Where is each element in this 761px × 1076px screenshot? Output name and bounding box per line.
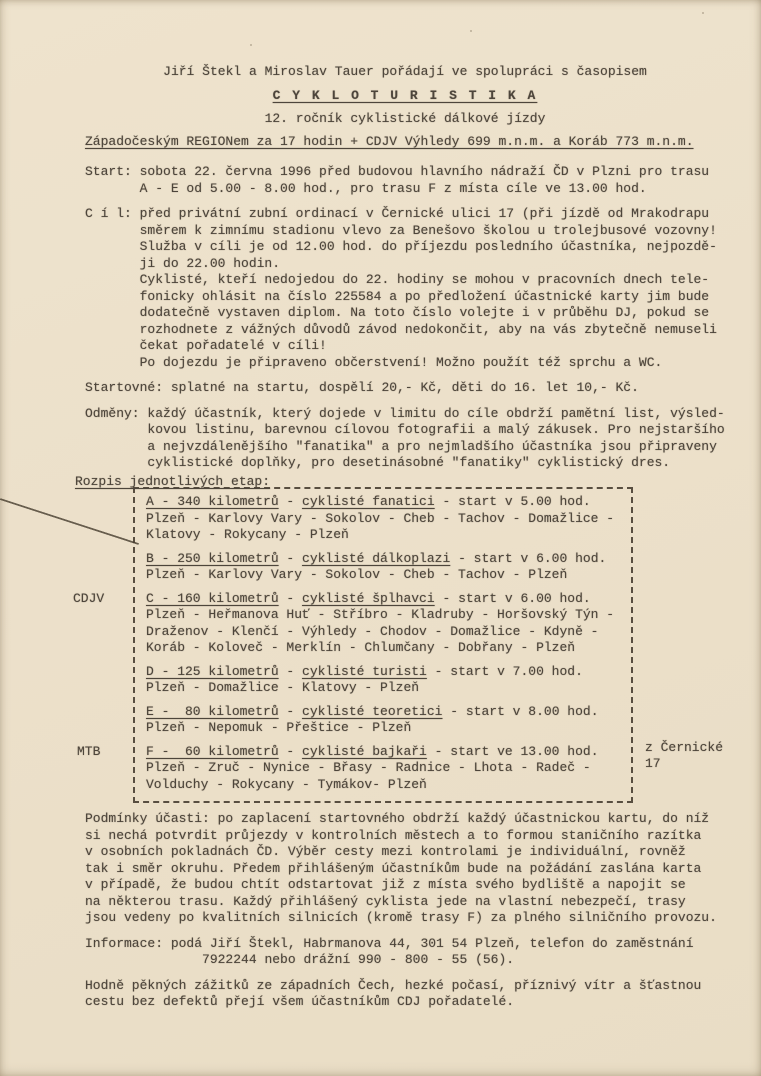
paragraph-odmeny: Odměny: každý účastník, který dojede v l… bbox=[85, 406, 725, 472]
paragraph-cil: C í l: před privátní zubní ordinací v Če… bbox=[85, 206, 725, 371]
stage-row-d: D - 125 kilometrů - cyklisté turisti - s… bbox=[146, 664, 625, 697]
separator: - bbox=[450, 551, 473, 566]
separator: - bbox=[279, 664, 302, 679]
organizers-line: Jiří Štekl a Miroslav Tauer pořádají ve … bbox=[85, 64, 725, 81]
stage-route: Plzeň - Heřmanova Huť - Stříbro - Kladru… bbox=[146, 607, 625, 657]
stage-row-a: A - 340 kilometrů - cyklisté fanatici - … bbox=[146, 494, 625, 544]
stage-rider-type: cyklisté bajkaři bbox=[302, 744, 427, 759]
separator: - bbox=[279, 744, 302, 759]
stage-distance: C - 160 kilometrů bbox=[146, 591, 279, 606]
separator: - bbox=[279, 704, 302, 719]
title-row: C Y K L O T U R I S T I K A bbox=[85, 88, 725, 105]
stage-start-time: start v 6.00 hod. bbox=[474, 551, 607, 566]
stage-row-c: C - 160 kilometrů - cyklisté šplhavci - … bbox=[146, 591, 625, 657]
stage-route: Plzeň - Karlovy Vary - Sokolov - Cheb - … bbox=[146, 567, 625, 584]
tagline-row: Západočeským REGIONem za 17 hodin + CDJV… bbox=[85, 134, 725, 151]
side-label-cdjv: CDJV bbox=[73, 591, 104, 608]
stage-header: A - 340 kilometrů - cyklisté fanatici - … bbox=[146, 494, 625, 511]
separator: - bbox=[435, 494, 458, 509]
paper-speck bbox=[470, 30, 472, 32]
paragraph-informace: Informace: podá Jiří Štekl, Habrmanova 4… bbox=[85, 936, 725, 969]
stage-header: E - 80 kilometrů - cyklisté teoretici - … bbox=[146, 704, 625, 721]
stage-rider-type: cyklisté teoretici bbox=[302, 704, 442, 719]
stage-rider-type: cyklisté turisti bbox=[302, 664, 427, 679]
separator: - bbox=[427, 744, 450, 759]
stage-schedule: Rozpis jednotlivých etap: CDJV MTB z Čer… bbox=[85, 474, 725, 804]
separator: - bbox=[279, 591, 302, 606]
rozpis-label: Rozpis jednotlivých etap: bbox=[75, 474, 270, 489]
stage-row-b: B - 250 kilometrů - cyklisté dálkoplazi … bbox=[146, 551, 625, 584]
stage-distance: E - 80 kilometrů bbox=[146, 704, 279, 719]
tagline: Západočeským REGIONem za 17 hodin + CDJV… bbox=[85, 134, 694, 149]
separator: - bbox=[442, 704, 465, 719]
stage-rider-type: cyklisté dálkoplazi bbox=[302, 551, 450, 566]
stage-start-time: start v 5.00 hod. bbox=[458, 494, 591, 509]
separator: - bbox=[279, 494, 302, 509]
stage-distance: F - 60 kilometrů bbox=[146, 744, 279, 759]
scanned-flyer-page: Jiří Štekl a Miroslav Tauer pořádají ve … bbox=[0, 0, 761, 1076]
separator: - bbox=[279, 551, 302, 566]
page-title: C Y K L O T U R I S T I K A bbox=[273, 88, 538, 103]
paragraph-start: Start: sobota 22. června 1996 před budov… bbox=[85, 164, 725, 197]
stage-route: Plzeň - Domažlice - Klatovy - Plzeň bbox=[146, 680, 625, 697]
paragraph-startovne: Startovné: splatné na startu, dospělí 20… bbox=[85, 380, 725, 397]
side-label-start-location: z Černické 17 bbox=[645, 740, 725, 773]
stage-distance: A - 340 kilometrů bbox=[146, 494, 279, 509]
paper-speck bbox=[250, 44, 252, 46]
stage-header: C - 160 kilometrů - cyklisté šplhavci - … bbox=[146, 591, 625, 608]
stage-route: Plzeň - Zruč - Nynice - Břasy - Radnice … bbox=[146, 760, 625, 793]
stage-start-time: start v 7.00 hod. bbox=[450, 664, 583, 679]
stage-header: B - 250 kilometrů - cyklisté dálkoplazi … bbox=[146, 551, 625, 568]
stage-header: F - 60 kilometrů - cyklisté bajkaři - st… bbox=[146, 744, 625, 761]
side-label-mtb: MTB bbox=[77, 744, 100, 761]
stage-distance: B - 250 kilometrů bbox=[146, 551, 279, 566]
paragraph-closing: Hodně pěkných zážitků ze západních Čech,… bbox=[85, 978, 725, 1011]
stage-distance: D - 125 kilometrů bbox=[146, 664, 279, 679]
stage-row-e: E - 80 kilometrů - cyklisté teoretici - … bbox=[146, 704, 625, 737]
subtitle: 12. ročník cyklistické dálkové jízdy bbox=[85, 111, 725, 128]
stage-route: Plzeň - Karlovy Vary - Sokolov - Cheb - … bbox=[146, 511, 625, 544]
stage-rider-type: cyklisté šplhavci bbox=[302, 591, 435, 606]
stage-header: D - 125 kilometrů - cyklisté turisti - s… bbox=[146, 664, 625, 681]
stage-route: Plzeň - Nepomuk - Přeštice - Plzeň bbox=[146, 720, 625, 737]
paragraph-podminky: Podmínky účasti: po zaplacení startovnéh… bbox=[85, 811, 725, 927]
stages-box: A - 340 kilometrů - cyklisté fanatici - … bbox=[133, 487, 633, 803]
stage-row-f: F - 60 kilometrů - cyklisté bajkaři - st… bbox=[146, 744, 625, 794]
pen-mark-line bbox=[0, 498, 139, 545]
paper-speck bbox=[702, 12, 704, 14]
separator: - bbox=[435, 591, 458, 606]
stage-start-time: start v 8.00 hod. bbox=[466, 704, 599, 719]
stage-start-time: start v 6.00 hod. bbox=[458, 591, 591, 606]
stage-rider-type: cyklisté fanatici bbox=[302, 494, 435, 509]
stage-start-time: start ve 13.00 hod. bbox=[450, 744, 598, 759]
separator: - bbox=[427, 664, 450, 679]
